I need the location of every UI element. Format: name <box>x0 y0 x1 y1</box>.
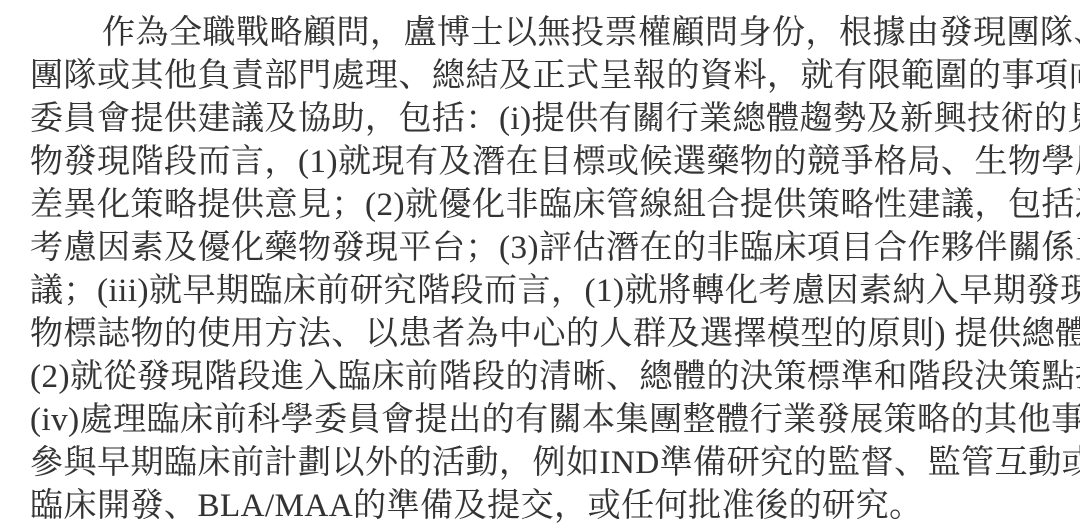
text-line: 臨床開發、BLA/MAA的準備及提交，或任何批准後的研究。 <box>30 485 1050 528</box>
text-line: 作為全職戰略顧問，盧博士以無投票權顧問身份，根據由發現團隊、研究領導 <box>30 12 1050 55</box>
text-line: 考慮因素及優化藥物發現平台；(3)評估潛在的非臨床項目合作夥伴關係並就此提供建 <box>30 227 1050 270</box>
text-line: 團隊或其他負責部門處理、總結及正式呈報的資料，就有限範圍的事項向臨床前科學 <box>30 55 1050 98</box>
text-line: (iv)處理臨床前科學委員會提出的有關本集團整體行業發展策略的其他事宜。盧博士不 <box>30 399 1050 442</box>
paragraph: 作為全職戰略顧問，盧博士以無投票權顧問身份，根據由發現團隊、研究領導團隊或其他負… <box>30 12 1050 528</box>
document-page: 作為全職戰略顧問，盧博士以無投票權顧問身份，根據由發現團隊、研究領導團隊或其他負… <box>0 0 1080 530</box>
text-line: 委員會提供建議及協助，包括：(i)提供有關行業總體趨勢及新興技術的見解；(ii)… <box>30 98 1050 141</box>
text-line: 物標誌物的使用方法、以患者為中心的人群及選擇模型的原則) 提供總體戰略觀點； <box>30 313 1050 356</box>
text-line: 差異化策略提供意見；(2)就優化非臨床管線組合提供策略性建議，包括通過／不通過 <box>30 184 1050 227</box>
text-line: 物發現階段而言，(1)就現有及潛在目標或候選藥物的競爭格局、生物學原理、機制及 <box>30 141 1050 184</box>
text-line: (2)就從發現階段進入臨床前階段的清晰、總體的決策標準和階段決策點提供建議；及 <box>30 356 1050 399</box>
text-line: 參與早期臨床前計劃以外的活動，例如IND準備研究的監督、監管互動或文件提交、 <box>30 442 1050 485</box>
text-line: 議；(iii)就早期臨床前研究階段而言，(1)就將轉化考慮因素納入早期發現計劃 … <box>30 270 1050 313</box>
